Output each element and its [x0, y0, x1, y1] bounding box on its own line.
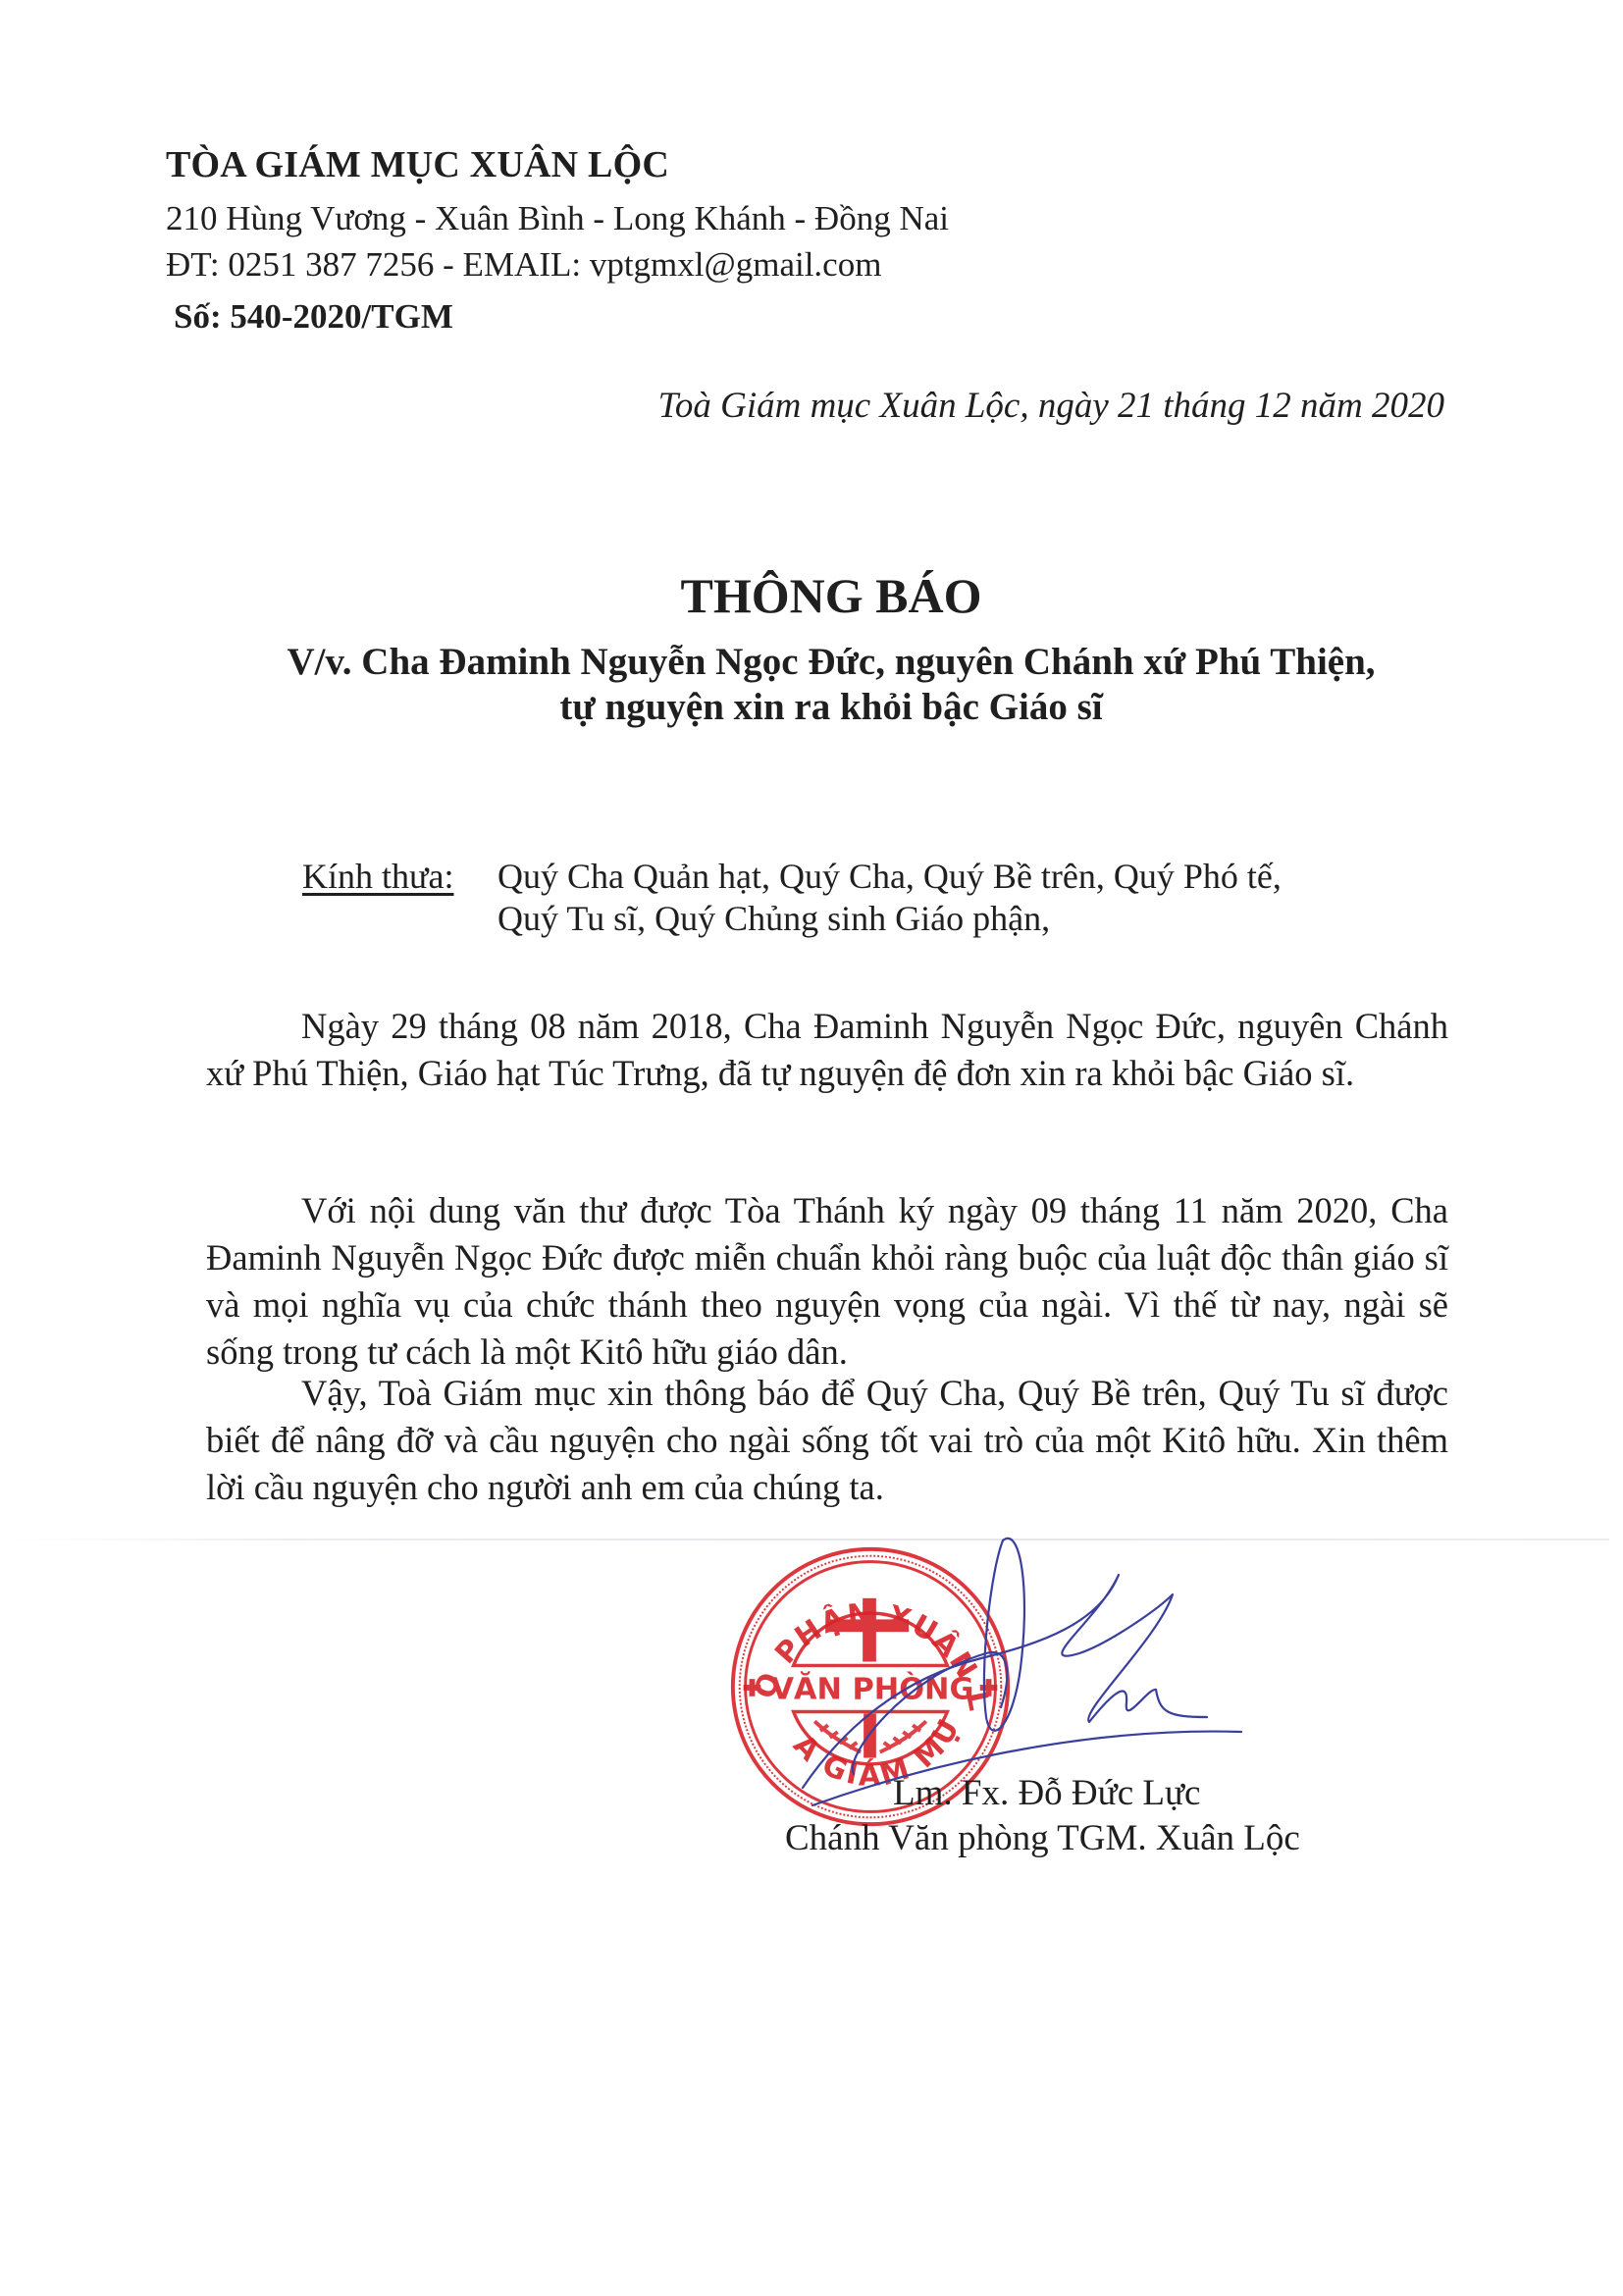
recipients-line-2: Quý Tu sĩ, Quý Chủng sinh Giáo phận, [497, 898, 1050, 939]
salutation-label: Kính thưa: [302, 856, 454, 897]
body-paragraph-3: Vậy, Toà Giám mục xin thông báo để Quý C… [206, 1370, 1448, 1511]
document-number: Số: 540-2020/TGM [174, 297, 453, 337]
organization-contact: ĐT: 0251 387 7256 - EMAIL: vptgmxl@gmail… [166, 245, 881, 285]
paragraph-text: Vậy, Toà Giám mục xin thông báo để Quý C… [206, 1370, 1448, 1511]
signer-name: Lm. Fx. Đỗ Đức Lực [893, 1772, 1200, 1814]
body-paragraph-1: Ngày 29 tháng 08 năm 2018, Cha Đaminh Ng… [206, 1003, 1448, 1097]
organization-address: 210 Hùng Vương - Xuân Bình - Long Khánh … [166, 199, 949, 238]
paragraph-text: Ngày 29 tháng 08 năm 2018, Cha Đaminh Ng… [206, 1003, 1448, 1097]
paragraph-text: Với nội dung văn thư được Tòa Thánh ký n… [206, 1187, 1448, 1376]
subject-line-1: V/v. Cha Đaminh Nguyễn Ngọc Đức, nguyên … [0, 640, 1623, 684]
body-paragraph-2: Với nội dung văn thư được Tòa Thánh ký n… [206, 1187, 1448, 1376]
document-title: THÔNG BÁO [0, 567, 1623, 624]
recipients-line-1: Quý Cha Quản hạt, Quý Cha, Quý Bề trên, … [497, 856, 1282, 897]
subject-line-2: tự nguyện xin ra khỏi bậc Giáo sĩ [0, 685, 1623, 729]
organization-name: TÒA GIÁM MỤC XUÂN LỘC [166, 143, 669, 186]
signer-title: Chánh Văn phòng TGM. Xuân Lộc [785, 1817, 1300, 1859]
date-line: Toà Giám mục Xuân Lộc, ngày 21 tháng 12 … [658, 385, 1444, 427]
